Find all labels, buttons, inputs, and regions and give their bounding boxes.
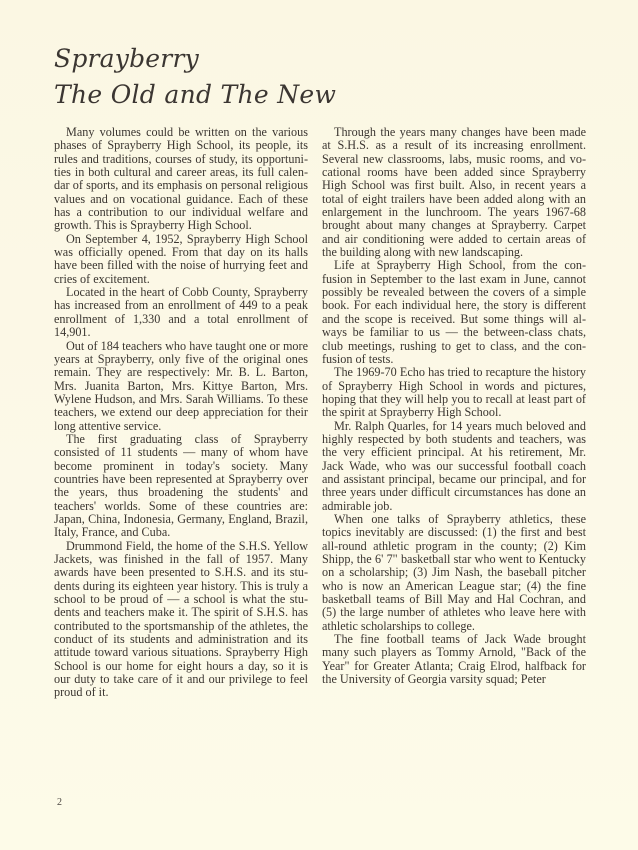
paragraph: Through the years many changes have been… [322,126,586,259]
right-column: Through the years many changes have been… [322,126,586,686]
page-title-line2: The Old and The New [54,80,336,109]
paragraph: On September 4, 1952, Sprayberry High Sc… [54,233,308,286]
paragraph: When one talks of Sprayberry athletics, … [322,513,586,633]
paragraph: Located in the heart of Cobb County, Spr… [54,286,308,339]
yearbook-page: Sprayberry The Old and The New Many volu… [0,0,638,850]
paragraph: Mr. Ralph Quarles, for 14 years much bel… [322,420,586,513]
left-column: Many volumes could be written on the var… [54,126,308,700]
paragraph: The first graduating class of Sprayberry… [54,433,308,540]
page-title-line1: Sprayberry [54,44,199,73]
paragraph: Many volumes could be written on the var… [54,126,308,233]
page-number: 2 [57,797,62,808]
paragraph: The fine football teams of Jack Wade bro… [322,633,586,686]
paragraph: Life at Sprayberry High School, from the… [322,259,586,366]
paragraph: Out of 184 teachers who have taught one … [54,340,308,433]
paragraph: The 1969-70 Echo has tried to recapture … [322,366,586,419]
paragraph: Drummond Field, the home of the S.H.S. Y… [54,540,308,700]
